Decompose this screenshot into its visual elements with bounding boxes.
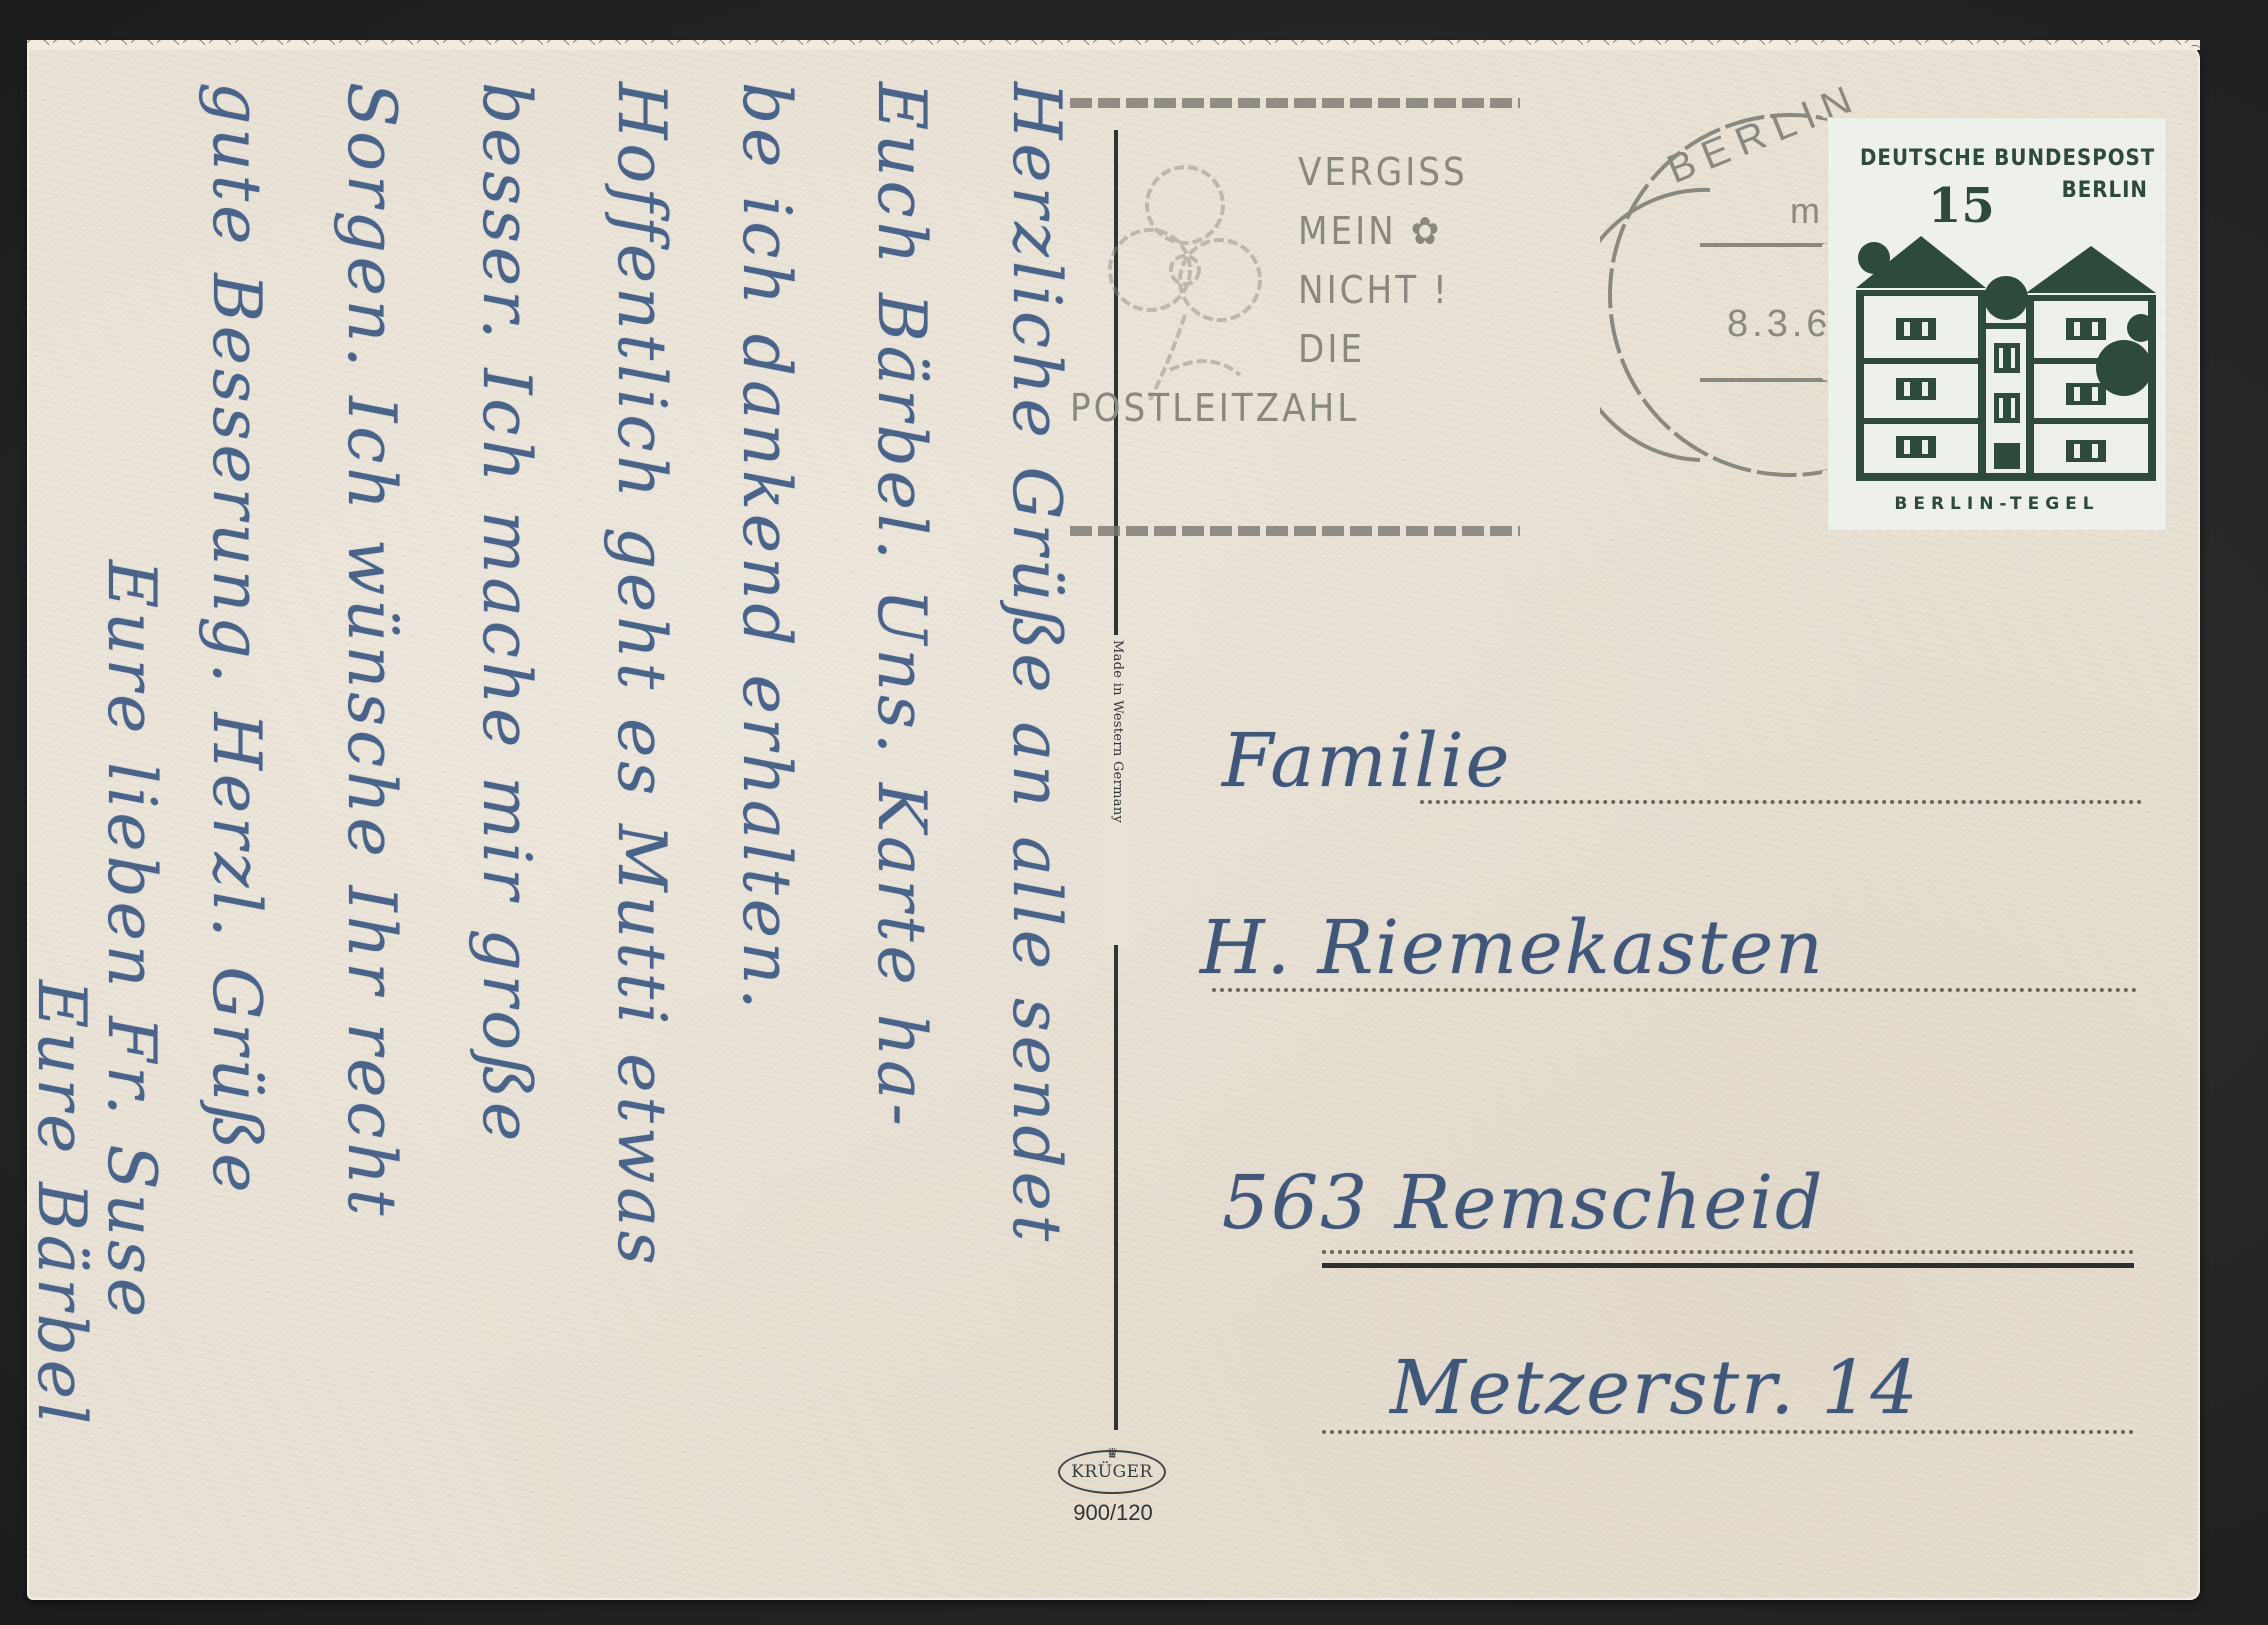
tegel-palace-building-icon bbox=[1856, 218, 2156, 483]
slogan-cancel-text: VERGISS MEIN ✿ NICHT ! DIE POSTLEITZAHL bbox=[1298, 143, 1468, 438]
message-line-3: be ich dankend erhalten. bbox=[728, 82, 805, 1013]
stamp-caption: BERLIN-TEGEL bbox=[1828, 494, 2166, 514]
message-line-4: Hoffentlich geht es Mutti etwas bbox=[603, 82, 680, 1269]
message-line-6: Sorgen. Ich wünsche Ihr recht bbox=[333, 82, 410, 1219]
message-line-7: gute Besserung. Herzl. Grüße bbox=[198, 82, 275, 1196]
message-line-8: Eure lieben Fr. Suse bbox=[93, 560, 170, 1321]
publisher-name: KRÜGER bbox=[1071, 1462, 1153, 1482]
deckled-edge bbox=[27, 40, 2200, 50]
forget-me-not-flower-icon bbox=[1090, 150, 1280, 410]
address-dotted-line-2 bbox=[1212, 988, 2137, 992]
message-line-2: Euch Bärbel. Uns. Karte ha- bbox=[863, 82, 940, 1130]
made-in-label: Made in Western Germany bbox=[1110, 640, 1125, 823]
address-line-3: 563 Remscheid bbox=[1222, 1160, 1824, 1246]
address-city-underline bbox=[1322, 1263, 2134, 1268]
stamp-issuer: DEUTSCHE BUNDESPOST bbox=[1860, 146, 2150, 171]
address-line-1: Familie bbox=[1222, 718, 1511, 804]
message-line-5: besser. Ich mache mir große bbox=[468, 82, 545, 1145]
cancel-wavy-line-top bbox=[1070, 98, 1520, 108]
message-line-1: Herzliche Grüße an alle sendet bbox=[998, 82, 1075, 1245]
series-number: 900/120 bbox=[1058, 1500, 1168, 1526]
slogan-line: NICHT ! bbox=[1298, 261, 1468, 320]
address-line-4: Metzerstr. 14 bbox=[1390, 1345, 1920, 1431]
slogan-line: MEIN ✿ bbox=[1298, 202, 1468, 261]
slogan-line: DIE bbox=[1298, 320, 1468, 379]
postage-stamp: DEUTSCHE BUNDESPOST BERLIN 15 bbox=[1828, 118, 2166, 530]
address-dotted-line-3 bbox=[1322, 1250, 2134, 1254]
stamp-region: BERLIN bbox=[2062, 178, 2148, 203]
address-line-2: H. Riemekasten bbox=[1200, 905, 1825, 991]
slogan-line: VERGISS bbox=[1298, 143, 1468, 202]
cancel-wavy-line-bottom bbox=[1070, 526, 1520, 536]
publisher-logo: ♛ KRÜGER bbox=[1058, 1450, 1166, 1494]
address-dotted-line-1 bbox=[1420, 800, 2142, 804]
postmark-code: m bbox=[1790, 190, 1820, 232]
crown-icon: ♛ bbox=[1106, 1447, 1119, 1461]
message-signature: Eure Bärbel bbox=[23, 980, 100, 1428]
address-dotted-line-4 bbox=[1322, 1430, 2134, 1434]
slogan-line: POSTLEITZAHL bbox=[1070, 379, 1468, 438]
